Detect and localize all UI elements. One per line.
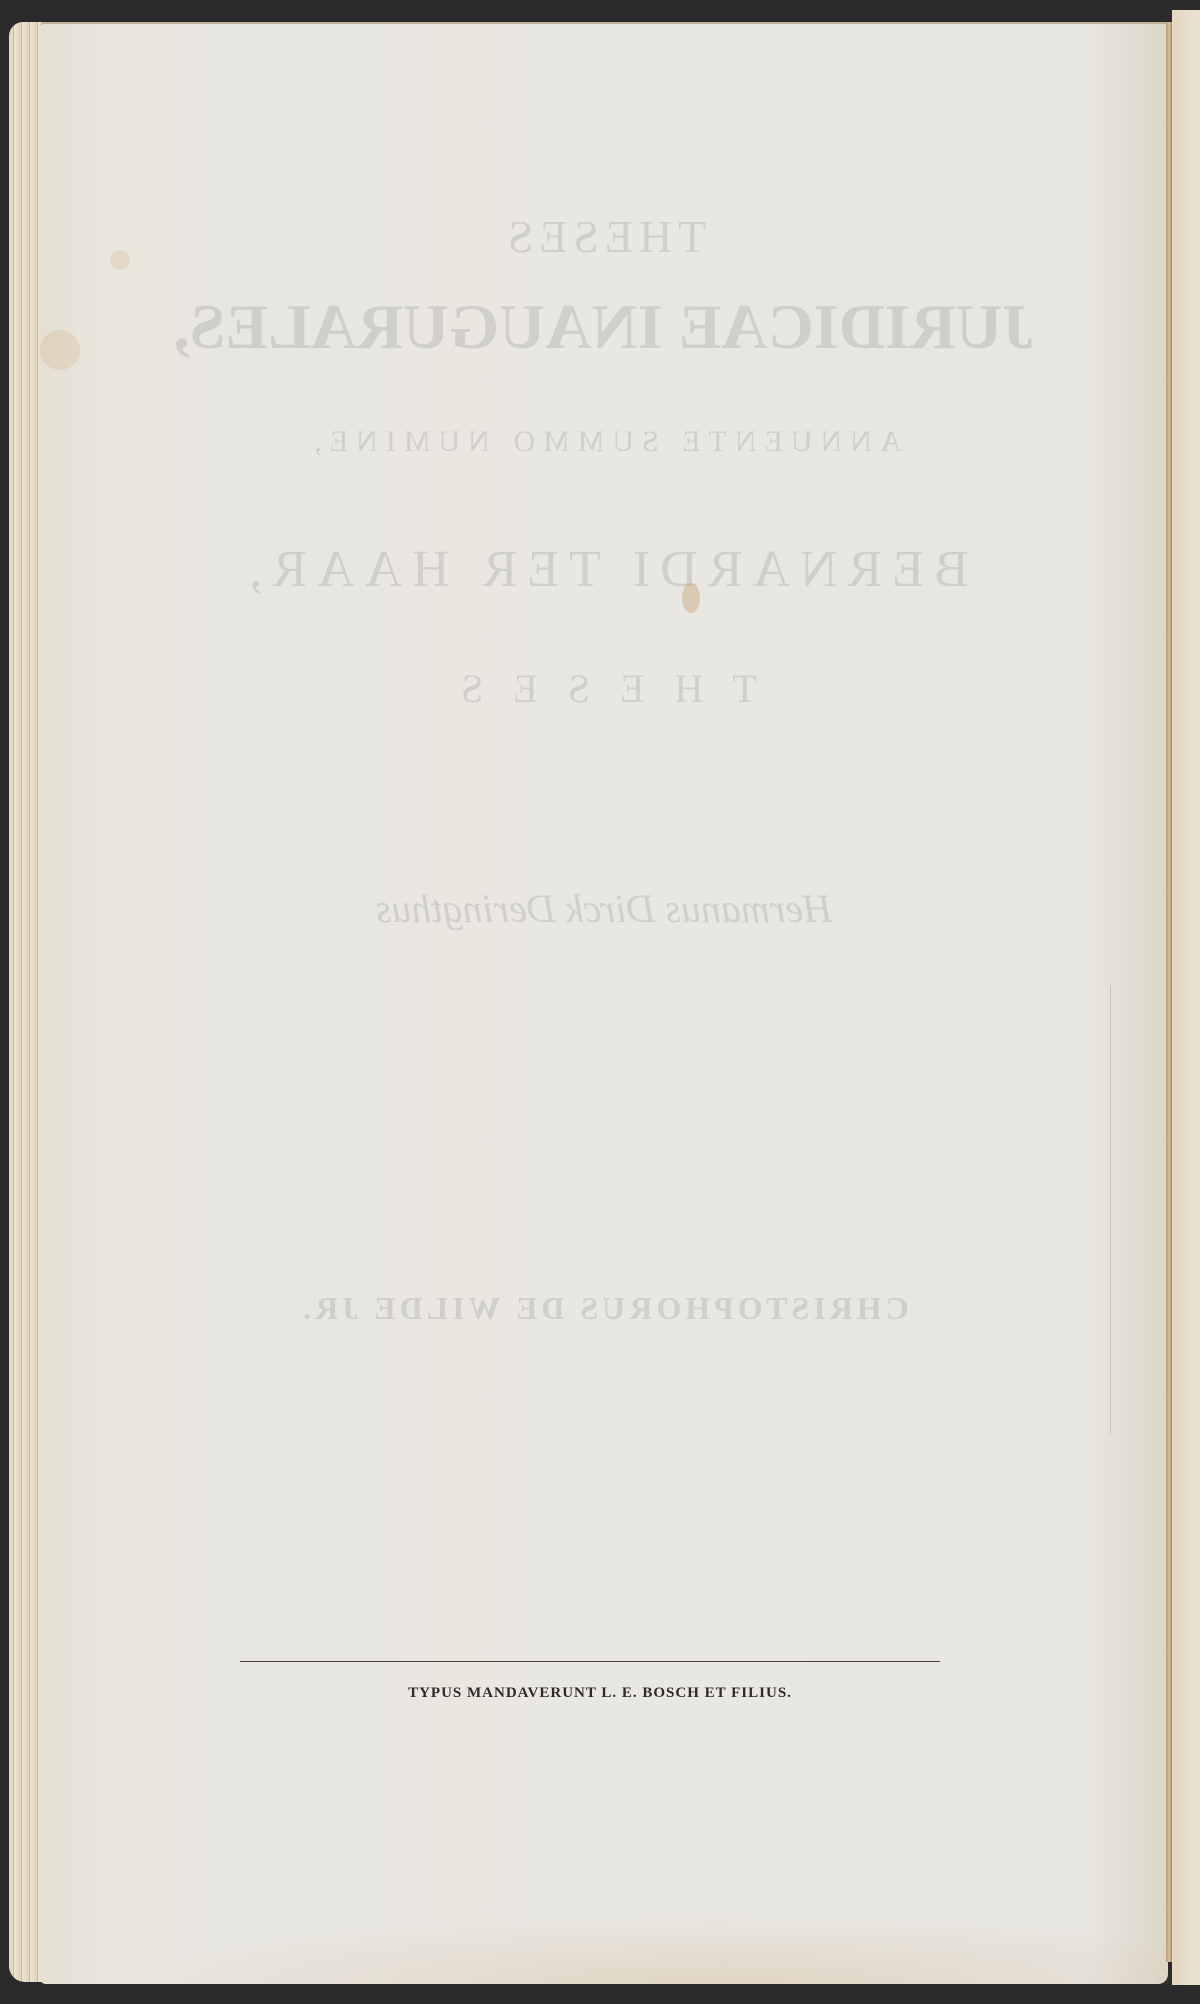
foxing-stain <box>110 250 130 270</box>
pencil-mark <box>1110 985 1111 1435</box>
horizontal-rule <box>240 1661 940 1662</box>
printer-imprint: TYPUS MANDAVERUNT L. E. BOSCH ET FILIUS. <box>0 1685 1200 1702</box>
foxing-stain <box>40 330 80 370</box>
foxing-stain <box>682 583 700 613</box>
